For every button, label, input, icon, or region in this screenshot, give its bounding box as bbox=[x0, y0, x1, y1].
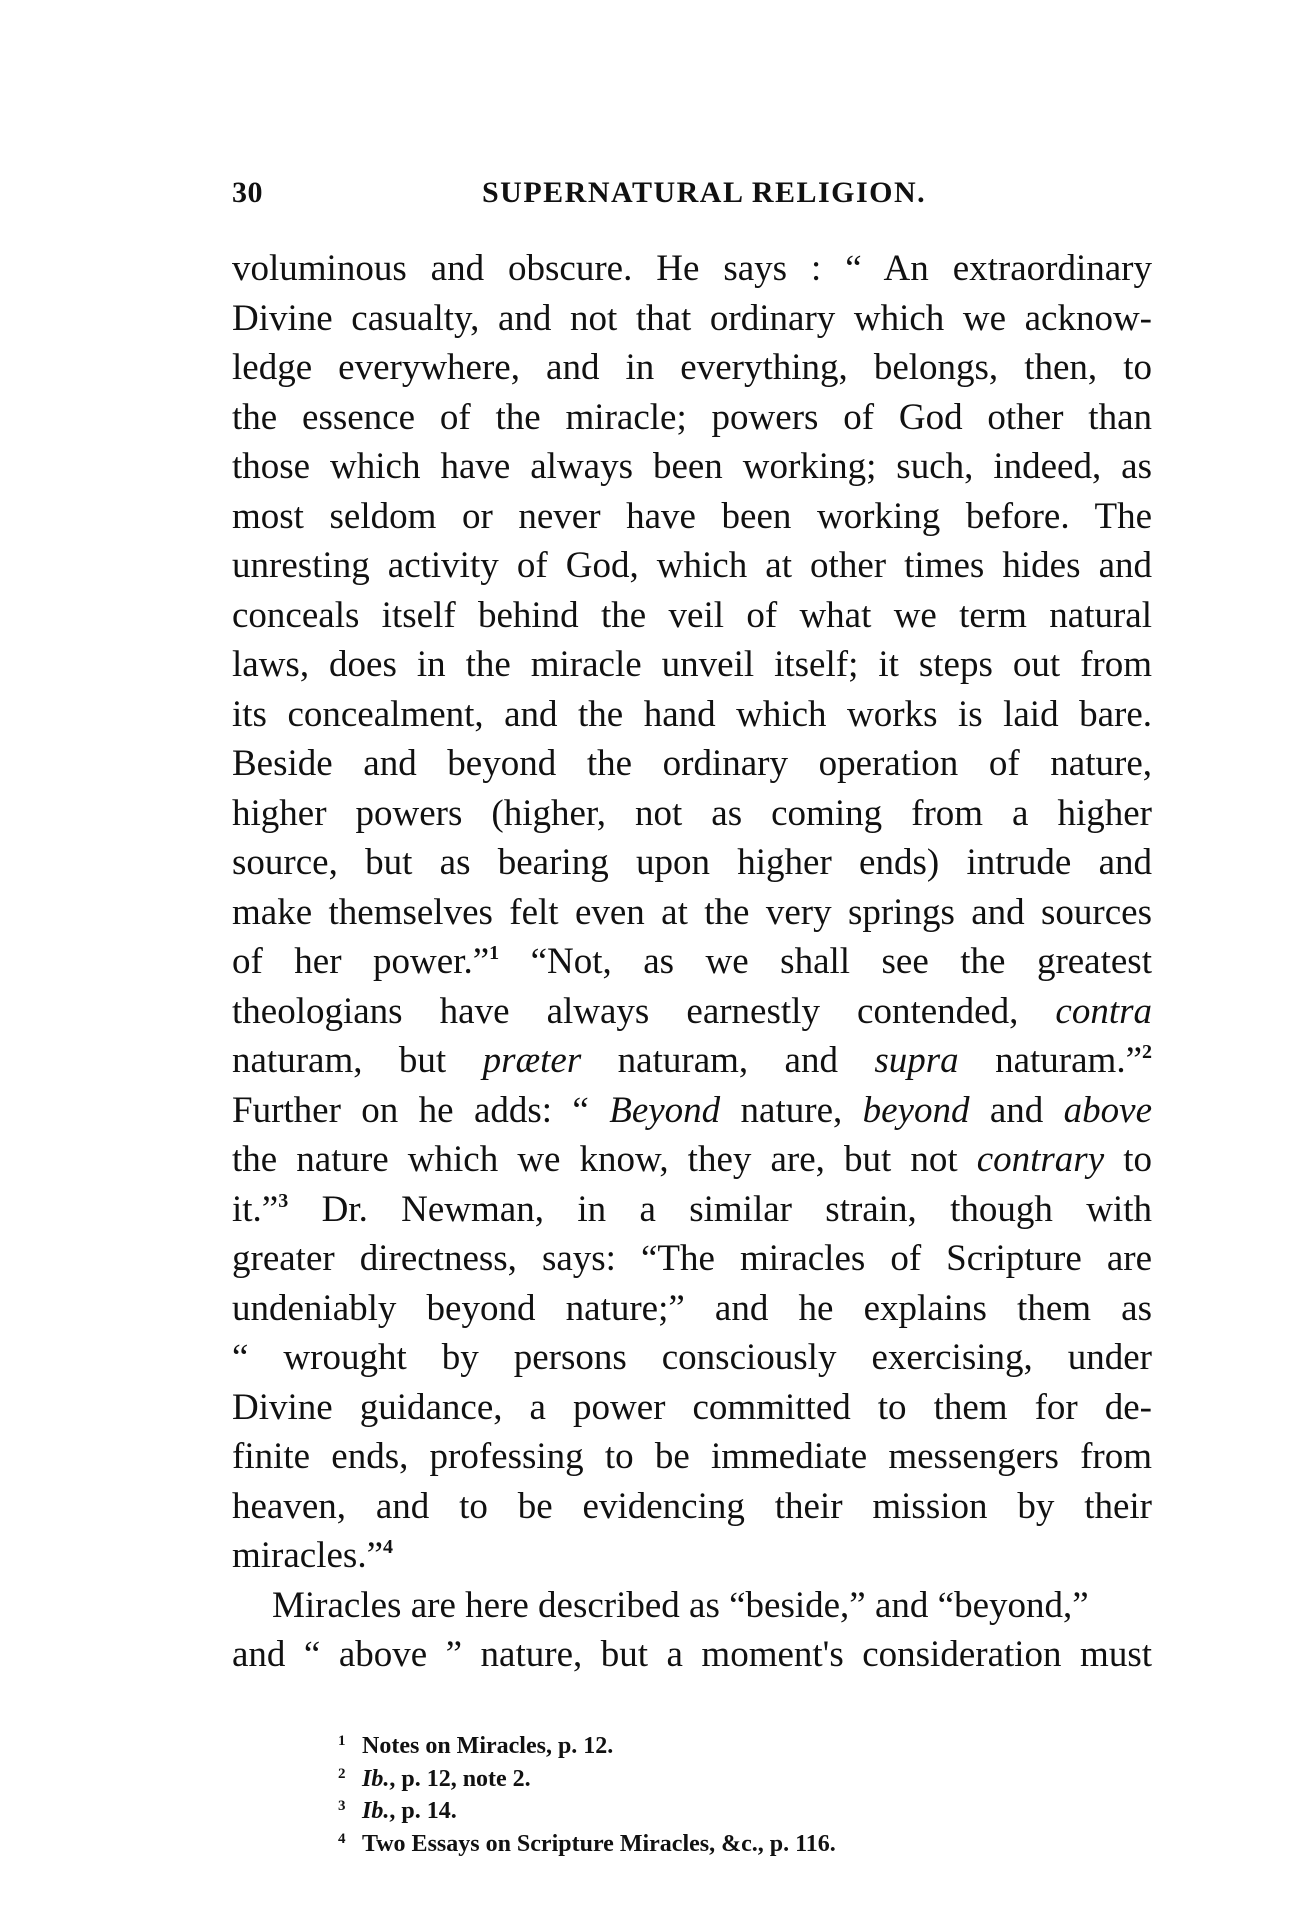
text-segment: Divine casualty, and not that ordinary w… bbox=[232, 298, 1152, 339]
text-line: its concealment, and the hand which work… bbox=[232, 690, 1152, 740]
text-line: of her power.”1 “Not, as we shall see th… bbox=[232, 937, 1152, 987]
text-segment: nature, bbox=[720, 1090, 862, 1131]
text-line: the nature which we know, they are, but … bbox=[232, 1135, 1152, 1185]
text-line: undeniably beyond nature;” and he explai… bbox=[232, 1284, 1152, 1334]
text-segment: it.” bbox=[232, 1189, 278, 1230]
text-segment: make themselves felt even at the very sp… bbox=[232, 892, 1152, 933]
text-segment: and “ above ” nature, but a moment's con… bbox=[232, 1634, 1152, 1675]
text-segment: “Not, as we shall see the greatest bbox=[499, 941, 1152, 982]
text-line: laws, does in the miracle unveil itself;… bbox=[232, 640, 1152, 690]
text-segment: unresting activity of God, which at othe… bbox=[232, 545, 1152, 586]
text-line: Divine casualty, and not that ordinary w… bbox=[232, 294, 1152, 344]
text-line: make themselves felt even at the very sp… bbox=[232, 888, 1152, 938]
text-line: higher powers (higher, not as coming fro… bbox=[232, 789, 1152, 839]
text-line: it.”3 Dr. Newman, in a similar strain, t… bbox=[232, 1185, 1152, 1235]
footnote-reference: 2 bbox=[1142, 1041, 1152, 1063]
text-line: Beside and beyond the ordinary operation… bbox=[232, 739, 1152, 789]
text-segment: the nature which we know, they are, but … bbox=[232, 1139, 977, 1180]
text-line: Further on he adds: “ Beyond nature, bey… bbox=[232, 1086, 1152, 1136]
text-segment: heaven, and to be evidencing their missi… bbox=[232, 1486, 1152, 1527]
text-line: miracles.”4 bbox=[232, 1531, 1152, 1581]
text-segment: those which have always been working; su… bbox=[232, 446, 1152, 487]
footnote-reference: 1 bbox=[489, 942, 499, 964]
footnote: 3Ib., p. 14. bbox=[338, 1795, 1138, 1828]
text-segment: naturam, but bbox=[232, 1040, 483, 1081]
text-line: heaven, and to be evidencing their missi… bbox=[232, 1482, 1152, 1532]
text-segment: its concealment, and the hand which work… bbox=[232, 694, 1152, 735]
text-line: source, but as bearing upon higher ends)… bbox=[232, 838, 1152, 888]
text-line: ledge everywhere, and in everything, bel… bbox=[232, 343, 1152, 393]
text-segment: Divine guidance, a power committed to th… bbox=[232, 1387, 1152, 1428]
footnote-reference: 3 bbox=[278, 1190, 288, 1212]
text-line: the essence of the miracle; powers of Go… bbox=[232, 393, 1152, 443]
text-segment: to bbox=[1104, 1139, 1152, 1180]
text-segment: laws, does in the miracle unveil itself;… bbox=[232, 644, 1152, 685]
text-line: theologians have always earnestly conten… bbox=[232, 987, 1152, 1037]
text-segment: conceals itself behind the veil of what … bbox=[232, 595, 1152, 636]
text-segment: miracles.” bbox=[232, 1535, 383, 1576]
text-line: finite ends, professing to be immediate … bbox=[232, 1432, 1152, 1482]
text-segment: Dr. Newman, in a similar strain, though … bbox=[288, 1189, 1152, 1230]
text-line: and “ above ” nature, but a moment's con… bbox=[232, 1630, 1152, 1680]
text-segment: ledge everywhere, and in everything, bel… bbox=[232, 347, 1152, 388]
footnote-text: Two Essays on Scripture Miracles, &c., p… bbox=[362, 1831, 836, 1857]
text-segment: Further on he adds: “ bbox=[232, 1090, 609, 1131]
italic-text: contrary bbox=[977, 1139, 1104, 1180]
text-segment: the essence of the miracle; powers of Go… bbox=[232, 397, 1152, 438]
text-segment: voluminous and obscure. He says : “ An e… bbox=[232, 248, 1152, 289]
italic-text: Beyond bbox=[609, 1090, 720, 1131]
footnote-text: , p. 12, note 2. bbox=[389, 1766, 530, 1792]
footnote: 4Two Essays on Scripture Miracles, &c., … bbox=[338, 1828, 1138, 1861]
text-line: conceals itself behind the veil of what … bbox=[232, 591, 1152, 641]
text-segment: theologians have always earnestly conten… bbox=[232, 991, 1055, 1032]
footnote: 2Ib., p. 12, note 2. bbox=[338, 1763, 1138, 1796]
footnotes: 1Notes on Miracles, p. 12.2Ib., p. 12, n… bbox=[338, 1730, 1138, 1860]
text-segment: higher powers (higher, not as coming fro… bbox=[232, 793, 1152, 834]
footnote-text: , p. 14. bbox=[389, 1798, 456, 1824]
text-line: greater directness, says: “The miracles … bbox=[232, 1234, 1152, 1284]
text-line: those which have always been working; su… bbox=[232, 442, 1152, 492]
text-segment: “ wrought by persons consciously exercis… bbox=[232, 1337, 1152, 1378]
text-line: most seldom or never have been working b… bbox=[232, 492, 1152, 542]
italic-text: above bbox=[1064, 1090, 1152, 1131]
footnote: 1Notes on Miracles, p. 12. bbox=[338, 1730, 1138, 1763]
text-segment: Miracles are here described as “beside,”… bbox=[272, 1585, 1089, 1626]
text-segment: naturam, and bbox=[581, 1040, 874, 1081]
footnote-italic-text: Ib. bbox=[362, 1798, 389, 1824]
footnote-italic-text: Ib. bbox=[362, 1766, 389, 1792]
text-segment: undeniably beyond nature;” and he explai… bbox=[232, 1288, 1152, 1329]
page-number: 30 bbox=[232, 176, 263, 210]
text-segment: Beside and beyond the ordinary operation… bbox=[232, 743, 1152, 784]
footnote-text: Notes on Miracles, p. 12. bbox=[362, 1733, 613, 1759]
text-segment: of her power.” bbox=[232, 941, 489, 982]
body-text: voluminous and obscure. He says : “ An e… bbox=[232, 244, 1152, 1680]
text-segment: most seldom or never have been working b… bbox=[232, 496, 1152, 537]
text-line: Divine guidance, a power committed to th… bbox=[232, 1383, 1152, 1433]
text-line: unresting activity of God, which at othe… bbox=[232, 541, 1152, 591]
text-segment: finite ends, professing to be immediate … bbox=[232, 1436, 1152, 1477]
text-segment: source, but as bearing upon higher ends)… bbox=[232, 842, 1152, 883]
italic-text: supra bbox=[874, 1040, 958, 1081]
text-line: Miracles are here described as “beside,”… bbox=[232, 1581, 1152, 1631]
text-segment: greater directness, says: “The miracles … bbox=[232, 1238, 1152, 1279]
text-line: voluminous and obscure. He says : “ An e… bbox=[232, 244, 1152, 294]
text-segment: and bbox=[969, 1090, 1063, 1131]
text-line: “ wrought by persons consciously exercis… bbox=[232, 1333, 1152, 1383]
footnote-reference: 4 bbox=[383, 1536, 393, 1558]
italic-text: præter bbox=[483, 1040, 582, 1081]
running-head: 30 SUPERNATURAL RELIGION. bbox=[232, 176, 1152, 216]
text-line: naturam, but præter naturam, and supra n… bbox=[232, 1036, 1152, 1086]
running-title: SUPERNATURAL RELIGION. bbox=[482, 176, 926, 210]
book-page: 30 SUPERNATURAL RELIGION. voluminous and… bbox=[0, 0, 1293, 1925]
italic-text: beyond bbox=[863, 1090, 970, 1131]
text-segment: naturam.” bbox=[959, 1040, 1142, 1081]
italic-text: contra bbox=[1055, 991, 1152, 1032]
